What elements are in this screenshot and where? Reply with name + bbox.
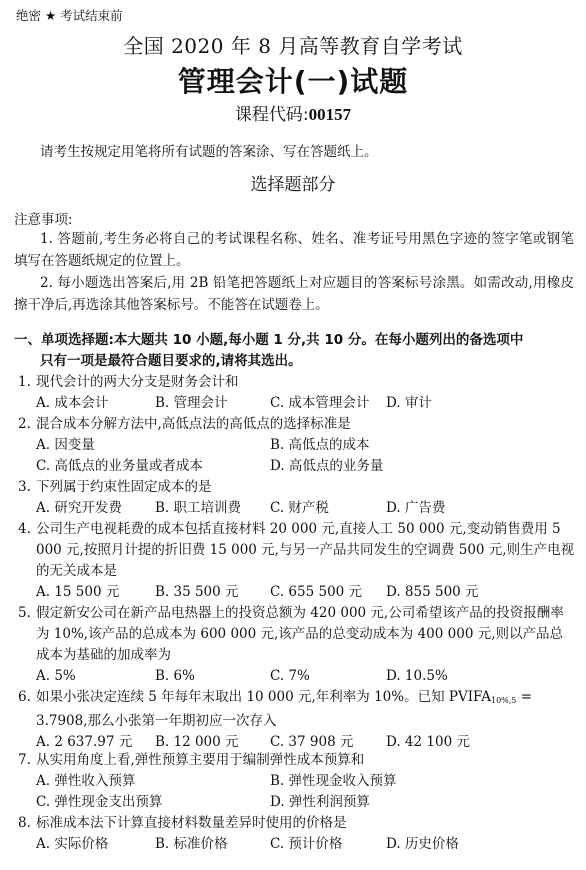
question-stem: 假定新安公司在新产品电热器上的投资总额为 420 000 元,公司希望该产品的投… [36, 603, 576, 666]
question-3: 3.下列属于约束性固定成本的是 A. 研究开发费 B. 职工培训费 C. 财产税… [18, 477, 576, 519]
question-4: 4.公司生产电视耗费的成本包括直接材料 20 000 元,直接人工 50 000… [18, 519, 576, 603]
option-c: C. 预计价格 [270, 834, 342, 855]
course-code: 课程代码:00157 [0, 100, 586, 125]
option-d: D. 855 500 元 [386, 582, 479, 603]
option-b: B. 35 500 元 [155, 582, 239, 603]
question-number: 2. [18, 414, 36, 435]
question-stem: 如果小张决定连续 5 年每年末取出 10 000 元,年利率为 10%。已知 P… [36, 687, 576, 732]
question-stem: 从实用角度上看,弹性预算主要用于编制弹性成本预算和 [36, 750, 576, 771]
confidential-label: 绝密 ★ 考试结束前 [16, 6, 123, 24]
option-a: A. 15 500 元 [36, 582, 119, 603]
question-stem: 混合成本分解方法中,高低点法的高低点的选择标准是 [36, 414, 576, 435]
question-stem-part1: 如果小张决定连续 5 年每年末取出 10 000 元,年利率为 10%。已知 P… [36, 689, 491, 705]
question-stem: 标准成本法下计算直接材料数量差异时使用的价格是 [36, 813, 576, 834]
question-2: 2.混合成本分解方法中,高低点法的高低点的选择标准是 A. 因变量 B. 高低点… [18, 414, 576, 477]
option-c: C. 成本管理会计 [270, 393, 369, 414]
question-number: 5. [18, 603, 36, 666]
option-a: A. 成本会计 [36, 393, 108, 414]
exam-title: 全国 2020 年 8 月高等教育自学考试 [0, 30, 586, 59]
option-c: C. 655 500 元 [270, 582, 362, 603]
question-stem: 现代会计的两大分支是财务会计和 [36, 372, 576, 393]
option-c: C. 高低点的业务量或者成本 [36, 456, 203, 477]
option-c: C. 弹性现金支出预算 [36, 792, 162, 813]
part-heading-line1: 一、单项选择题:本大题共 10 小题,每小题 1 分,共 10 分。在每小题列出… [14, 332, 523, 348]
option-d: D. 广告费 [386, 498, 445, 519]
option-d: D. 弹性利润预算 [270, 792, 370, 813]
course-code-value: 00157 [309, 105, 352, 124]
option-b: B. 弹性现金收入预算 [270, 771, 397, 792]
option-d: D. 历史价格 [386, 834, 459, 855]
question-number: 7. [18, 750, 36, 771]
question-stem: 公司生产电视耗费的成本包括直接材料 20 000 元,直接人工 50 000 元… [36, 519, 576, 582]
subject-title: 管理会计(一)试题 [0, 60, 586, 100]
section-title: 选择题部分 [0, 170, 586, 195]
option-a: A. 因变量 [36, 435, 95, 456]
option-b: B. 标准价格 [155, 834, 228, 855]
course-code-label: 课程代码: [235, 105, 309, 125]
question-5: 5.假定新安公司在新产品电热器上的投资总额为 420 000 元,公司希望该产品… [18, 603, 576, 687]
option-a: A. 弹性收入预算 [36, 771, 135, 792]
part-heading: 一、单项选择题:本大题共 10 小题,每小题 1 分,共 10 分。在每小题列出… [14, 330, 574, 372]
question-number: 3. [18, 477, 36, 498]
option-d: D. 高低点的业务量 [270, 456, 383, 477]
notice-item-1: 1. 答题前,考生务必将自己的考试课程名称、姓名、准考证号用黑色字迹的签字笔或钢… [14, 228, 574, 272]
part-heading-line2: 只有一项是最符合题目要求的,请将其选出。 [14, 351, 574, 372]
option-a: A. 5% [36, 666, 76, 687]
notice-title: 注意事项: [14, 208, 73, 228]
notice-item-2: 2. 每小题选出答案后,用 2B 铅笔把答题纸上对应题目的答案标号涂黑。如需改动… [14, 272, 574, 316]
option-b: B. 6% [155, 666, 195, 687]
question-number: 6. [18, 687, 36, 732]
pvifa-subscript: 10%,5 [491, 696, 516, 705]
option-a: A. 研究开发费 [36, 498, 122, 519]
option-b: B. 职工培训费 [155, 498, 241, 519]
option-a: A. 实际价格 [36, 834, 108, 855]
question-6: 6.如果小张决定连续 5 年每年末取出 10 000 元,年利率为 10%。已知… [18, 687, 576, 753]
question-stem: 下列属于约束性固定成本的是 [36, 477, 576, 498]
question-8: 8.标准成本法下计算直接材料数量差异时使用的价格是 A. 实际价格 B. 标准价… [18, 813, 576, 855]
question-number: 8. [18, 813, 36, 834]
question-1: 1.现代会计的两大分支是财务会计和 A. 成本会计 B. 管理会计 C. 成本管… [18, 372, 576, 414]
option-b: B. 高低点的成本 [270, 435, 370, 456]
option-d: D. 审计 [386, 393, 432, 414]
option-d: D. 10.5% [386, 666, 448, 687]
question-7: 7.从实用角度上看,弹性预算主要用于编制弹性成本预算和 A. 弹性收入预算 B.… [18, 750, 576, 813]
option-c: C. 7% [270, 666, 310, 687]
option-c: C. 财产税 [270, 498, 329, 519]
option-b: B. 管理会计 [155, 393, 228, 414]
general-instruction: 请考生按规定用笔将所有试题的答案涂、写在答题纸上。 [40, 140, 378, 160]
question-number: 4. [18, 519, 36, 582]
question-number: 1. [18, 372, 36, 393]
